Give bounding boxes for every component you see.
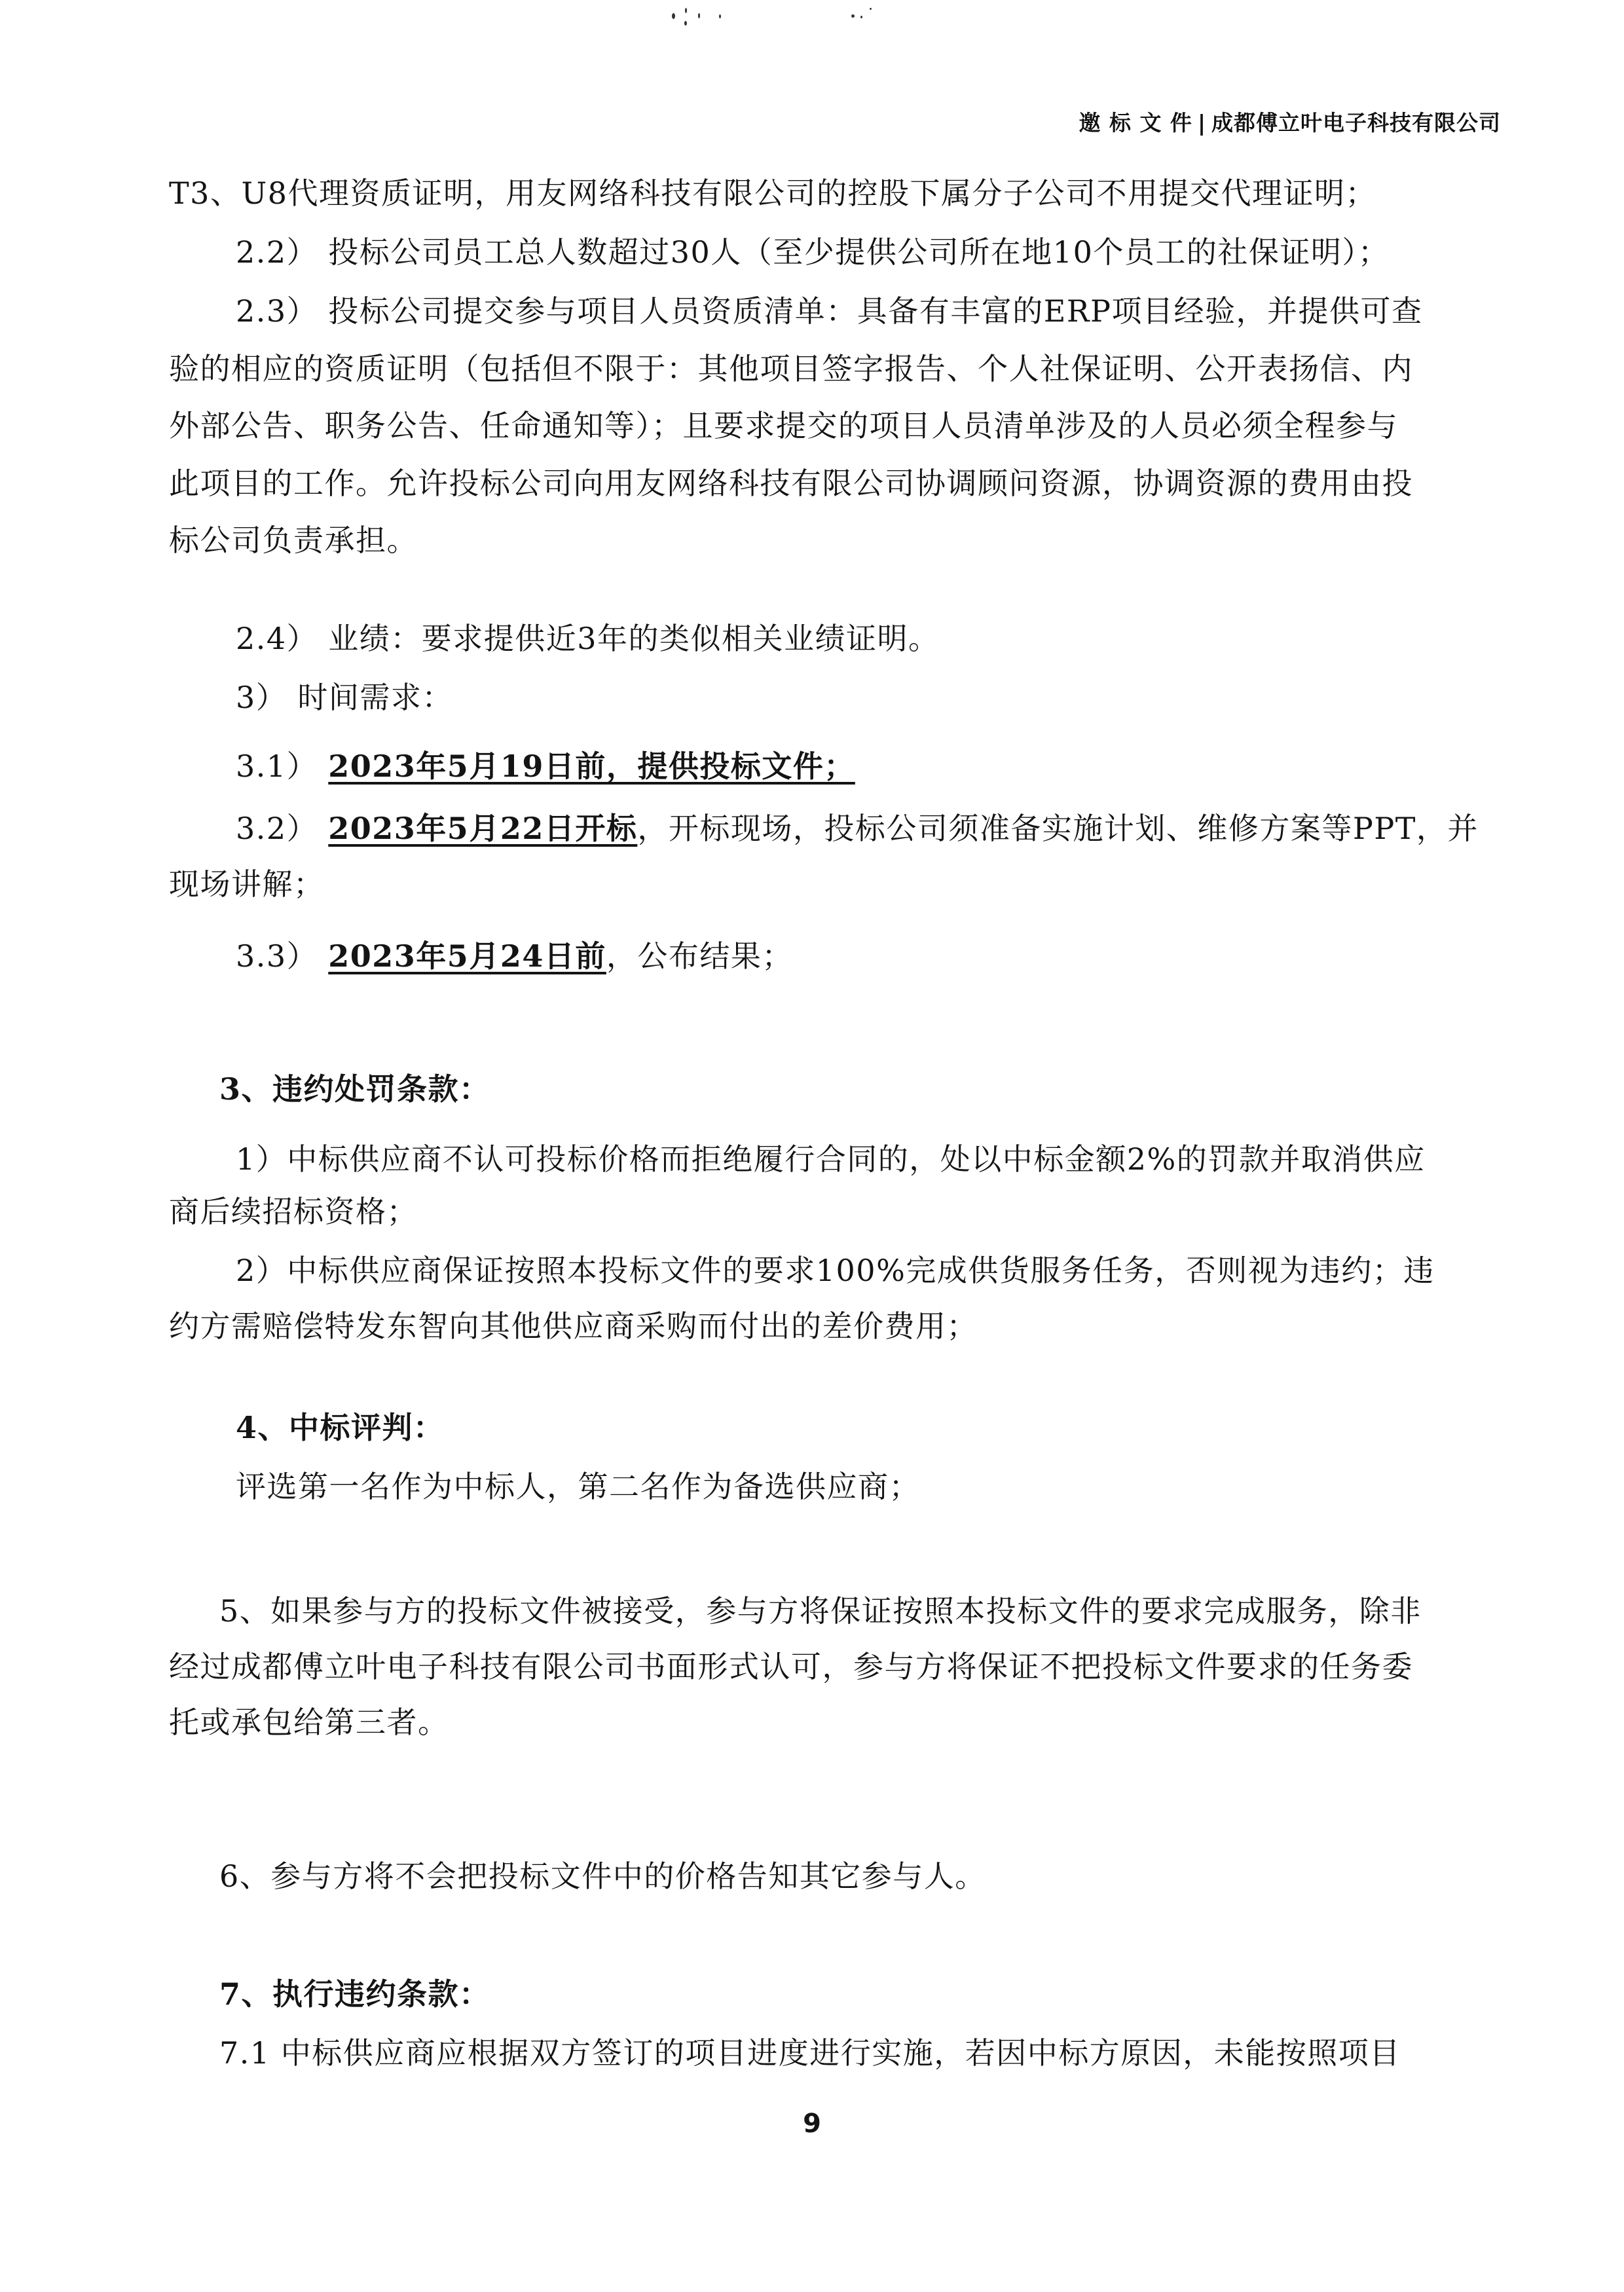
underlined-deadline: 2023年5月24日前 [328, 938, 606, 974]
text-line: 商后续招标资格； [169, 1192, 1505, 1231]
scan-speck [685, 8, 687, 13]
text-line: 经过成都傅立叶电子科技有限公司书面形式认可，参与方将保证不把投标文件要求的任务委 [169, 1647, 1505, 1686]
section-heading: 4、中标评判： [236, 1408, 1572, 1447]
text-line: 托或承包给第三者。 [169, 1703, 1505, 1742]
text-line: 此项目的工作。允许投标公司向用友网络科技有限公司协调顾问资源，协调资源的费用由投 [169, 464, 1505, 503]
text-line: 评选第一名作为中标人，第二名作为备选供应商； [236, 1467, 1572, 1506]
text-rest: ，开标现场，投标公司须准备实施计划、维修方案等PPT，并 [637, 811, 1479, 846]
text-line: 2）中标供应商保证按照本投标文件的要求100%完成供货服务任务，否则视为违约；违 [236, 1251, 1572, 1290]
text-line: 2.4） 业绩：要求提供近3年的类似相关业绩证明。 [236, 619, 1572, 658]
text-line: 3） 时间需求： [236, 678, 1572, 717]
header-company: 成都傅立叶电子科技有限公司 [1211, 110, 1501, 136]
scan-speck [851, 14, 855, 18]
text-line-deadline: 3.3） 2023年5月24日前，公布结果； [236, 936, 1572, 976]
scan-speck [672, 13, 675, 19]
text-line: 外部公告、职务公告、任命通知等）；且要求提交的项目人员清单涉及的人员必须全程参与 [169, 406, 1505, 445]
text-line: 标公司负责承担。 [169, 521, 1505, 560]
text-line: 2.3） 投标公司提交参与项目人员资质清单：具备有丰富的ERP项目经验，并提供可… [236, 291, 1572, 331]
scan-speck [719, 14, 721, 18]
header-separator: | [1198, 110, 1206, 136]
text-rest: ，公布结果； [606, 938, 793, 974]
text-line: 1）中标供应商不认可投标价格而拒绝履行合同的，处以中标金额2%的罚款并取消供应 [236, 1139, 1572, 1179]
text-line-deadline: 3.1） 2023年5月19日前，提供投标文件； [236, 747, 1572, 786]
text-line: 2.2） 投标公司员工总人数超过30人（至少提供公司所在地10个员工的社保证明）… [236, 232, 1572, 272]
header-doc-type: 邀 标 文 件 [1079, 110, 1192, 136]
page-number: 9 [0, 2109, 1624, 2139]
page-header: 邀 标 文 件|成都傅立叶电子科技有限公司 [1079, 106, 1501, 137]
text-line: 现场讲解； [169, 864, 1505, 904]
section-heading: 3、违约处罚条款： [219, 1069, 1555, 1109]
text-line-deadline: 3.2） 2023年5月22日开标，开标现场，投标公司须准备实施计划、维修方案等… [236, 809, 1572, 848]
document-page: 邀 标 文 件|成都傅立叶电子科技有限公司 T3、U8代理资质证明，用友网络科技… [0, 0, 1624, 2292]
text-line: 5、如果参与方的投标文件被接受，参与方将保证按照本投标文件的要求完成服务，除非 [219, 1591, 1555, 1631]
scan-speck [698, 13, 700, 18]
text-line: 约方需赔偿特发东智向其他供应商采购而付出的差价费用； [169, 1306, 1505, 1346]
text-line: 验的相应的资质证明（包括但不限于：其他项目签字报告、个人社保证明、公开表扬信、内 [169, 349, 1505, 388]
item-number: 3.3） [236, 938, 328, 974]
underlined-deadline: 2023年5月22日开标 [328, 811, 637, 846]
underlined-deadline: 2023年5月19日前，提供投标文件； [328, 749, 855, 784]
section-heading: 7、执行违约条款： [219, 1974, 1555, 2014]
item-number: 3.1） [236, 749, 328, 784]
text-line: 7.1 中标供应商应根据双方签订的项目进度进行实施，若因中标方原因，未能按照项目 [219, 2033, 1555, 2073]
scan-speck [860, 16, 862, 18]
scan-speck [684, 21, 687, 26]
text-line: 6、参与方将不会把投标文件中的价格告知其它参与人。 [219, 1857, 1555, 1896]
text-line: T3、U8代理资质证明，用友网络科技有限公司的控股下属分子公司不用提交代理证明； [169, 174, 1505, 213]
item-number: 3.2） [236, 811, 328, 846]
scan-speck [870, 8, 872, 10]
